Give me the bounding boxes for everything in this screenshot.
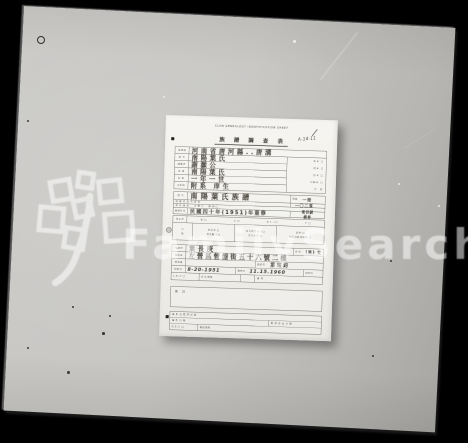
field-label: 保存者	[176, 218, 184, 221]
film-speck	[438, 205, 440, 207]
field-label: 校對日	[305, 272, 313, 275]
handwritten-value: 民國四十年(1951)年重修	[187, 209, 267, 216]
checkbox-item: 父 □	[233, 219, 239, 222]
film-speck	[67, 371, 70, 374]
handwritten-value: 葉耀鈞	[268, 263, 290, 268]
handwritten-value: 葉信嗣	[301, 211, 313, 215]
punch-hole	[166, 227, 172, 233]
form-block-filming-record: 攝影及整理紀錄 攝影日期 整理者及日期 G.S.卡 □ 微捲號碼	[169, 311, 321, 334]
field-label: 譜 名	[179, 156, 185, 159]
microfilm-frame: CLAN GENEALOGY IDENTIFICATION SHEET 族 譜 …	[0, 0, 468, 443]
form-block-origin: 採訪處 河南省唐河縣..唐溝 譜 名 南陽葉氏 編纂者 謝灝公 堂 號 南陽葉氏…	[174, 146, 327, 193]
film-speck	[390, 260, 392, 262]
film-speck	[27, 347, 29, 349]
field-label: 通訊處	[175, 261, 183, 264]
handwritten-value: (男) 女	[303, 250, 322, 254]
film-speck	[27, 120, 29, 122]
field-label: 備 考	[257, 277, 263, 280]
film-speck	[163, 96, 165, 98]
form-title: 族 譜 調 查 表	[215, 135, 288, 147]
field-label: 現住址	[175, 254, 183, 257]
field-label: G.S.卡 □	[172, 325, 184, 328]
edition-checkbox-column: 版本 □ 原本 □ 抄本 □ 印刷本 □ 共 冊	[286, 157, 327, 193]
checkbox-item: 世系表 □	[208, 229, 220, 232]
checkbox-item: 本人 ✓□	[267, 220, 278, 223]
form-block-genealogy-title: 譜 名 南陽葉氏族譜 冊數 一冊 收藏者姓名住址 一〇二頁 保存情形 完整□ 破…	[173, 191, 326, 218]
field-label: 始 祖	[178, 177, 184, 180]
checkbox-item: 無	[181, 232, 184, 235]
film-speck	[102, 332, 105, 335]
checkbox-item: 子 □	[305, 222, 311, 225]
checkbox-item: 記事 □	[296, 231, 305, 234]
field-label: 編纂者	[178, 163, 186, 166]
checkbox-item: 祖 □	[200, 218, 206, 221]
field-label: L.S.卡 □	[173, 275, 185, 278]
field-label: 採訪處	[178, 149, 186, 152]
handwritten-value: 一冊	[300, 197, 312, 201]
registration-mark	[171, 137, 174, 140]
field-label: 編修年代	[175, 209, 186, 212]
film-speck	[72, 306, 74, 308]
handwritten-date: 8-20-1951	[185, 267, 220, 273]
checkbox-item: 生卒年月 □	[248, 234, 262, 237]
field-label: 備 註	[175, 289, 187, 294]
field-label: 採訪日	[174, 268, 182, 271]
film-speck	[37, 36, 45, 44]
checkbox-item: 有	[181, 228, 184, 231]
checkbox-item: 生卒年月日 ✓□	[246, 230, 265, 233]
field-label: 支派祖	[177, 184, 185, 187]
handwritten-value: 附系 庠生	[188, 183, 232, 190]
film-speck	[372, 355, 374, 357]
film-speck	[398, 183, 400, 185]
checkbox-item: 共 冊	[286, 185, 326, 193]
form-block-informant: 受訪者 葉長庚 性別 (男) 女 現住址 左營區營盤街五十六號二樓 通訊處 採訪…	[171, 244, 324, 284]
field-label: 採訪者	[257, 263, 265, 266]
field-label: 攝影及整理紀錄	[170, 313, 198, 317]
checkbox-item: 世系圖 ✓□	[206, 233, 220, 236]
field-label: 受訪者	[175, 247, 183, 250]
form-header-english: CLAN GENEALOGY IDENTIFICATION SHEET	[166, 123, 338, 131]
registration-mark	[166, 315, 169, 318]
field-label: G.S.微捲	[201, 276, 213, 279]
field-label: 冊數	[292, 198, 297, 201]
field-label: 性別	[295, 250, 300, 253]
form-block-contents: 保存者 祖 □ 父 □ 本人 ✓□ 子 □ 有 無 世系表 □ 世系圖 ✓□	[172, 215, 325, 244]
field-label: 整理者及日期	[271, 322, 293, 325]
genealogy-form-paper: CLAN GENEALOGY IDENTIFICATION SHEET 族 譜 …	[159, 115, 338, 341]
film-speck	[109, 315, 111, 317]
field-label: 攝影日期	[172, 319, 187, 322]
field-label: 整理日	[237, 270, 245, 273]
field-label: 堂 號	[178, 170, 184, 173]
field-label: 微捲號碼	[200, 326, 211, 329]
film-speck	[293, 40, 296, 43]
field-label: 譜 名	[177, 194, 183, 197]
form-block-remarks: 備 註	[170, 286, 323, 311]
form-row: 有 無 世系表 □ 世系圖 ✓□ 生卒年月日 ✓□ 生卒年月 □ 記事 □ 傳記…	[172, 223, 324, 245]
checkbox-item: 傳記資料詳備者 □	[289, 236, 311, 239]
